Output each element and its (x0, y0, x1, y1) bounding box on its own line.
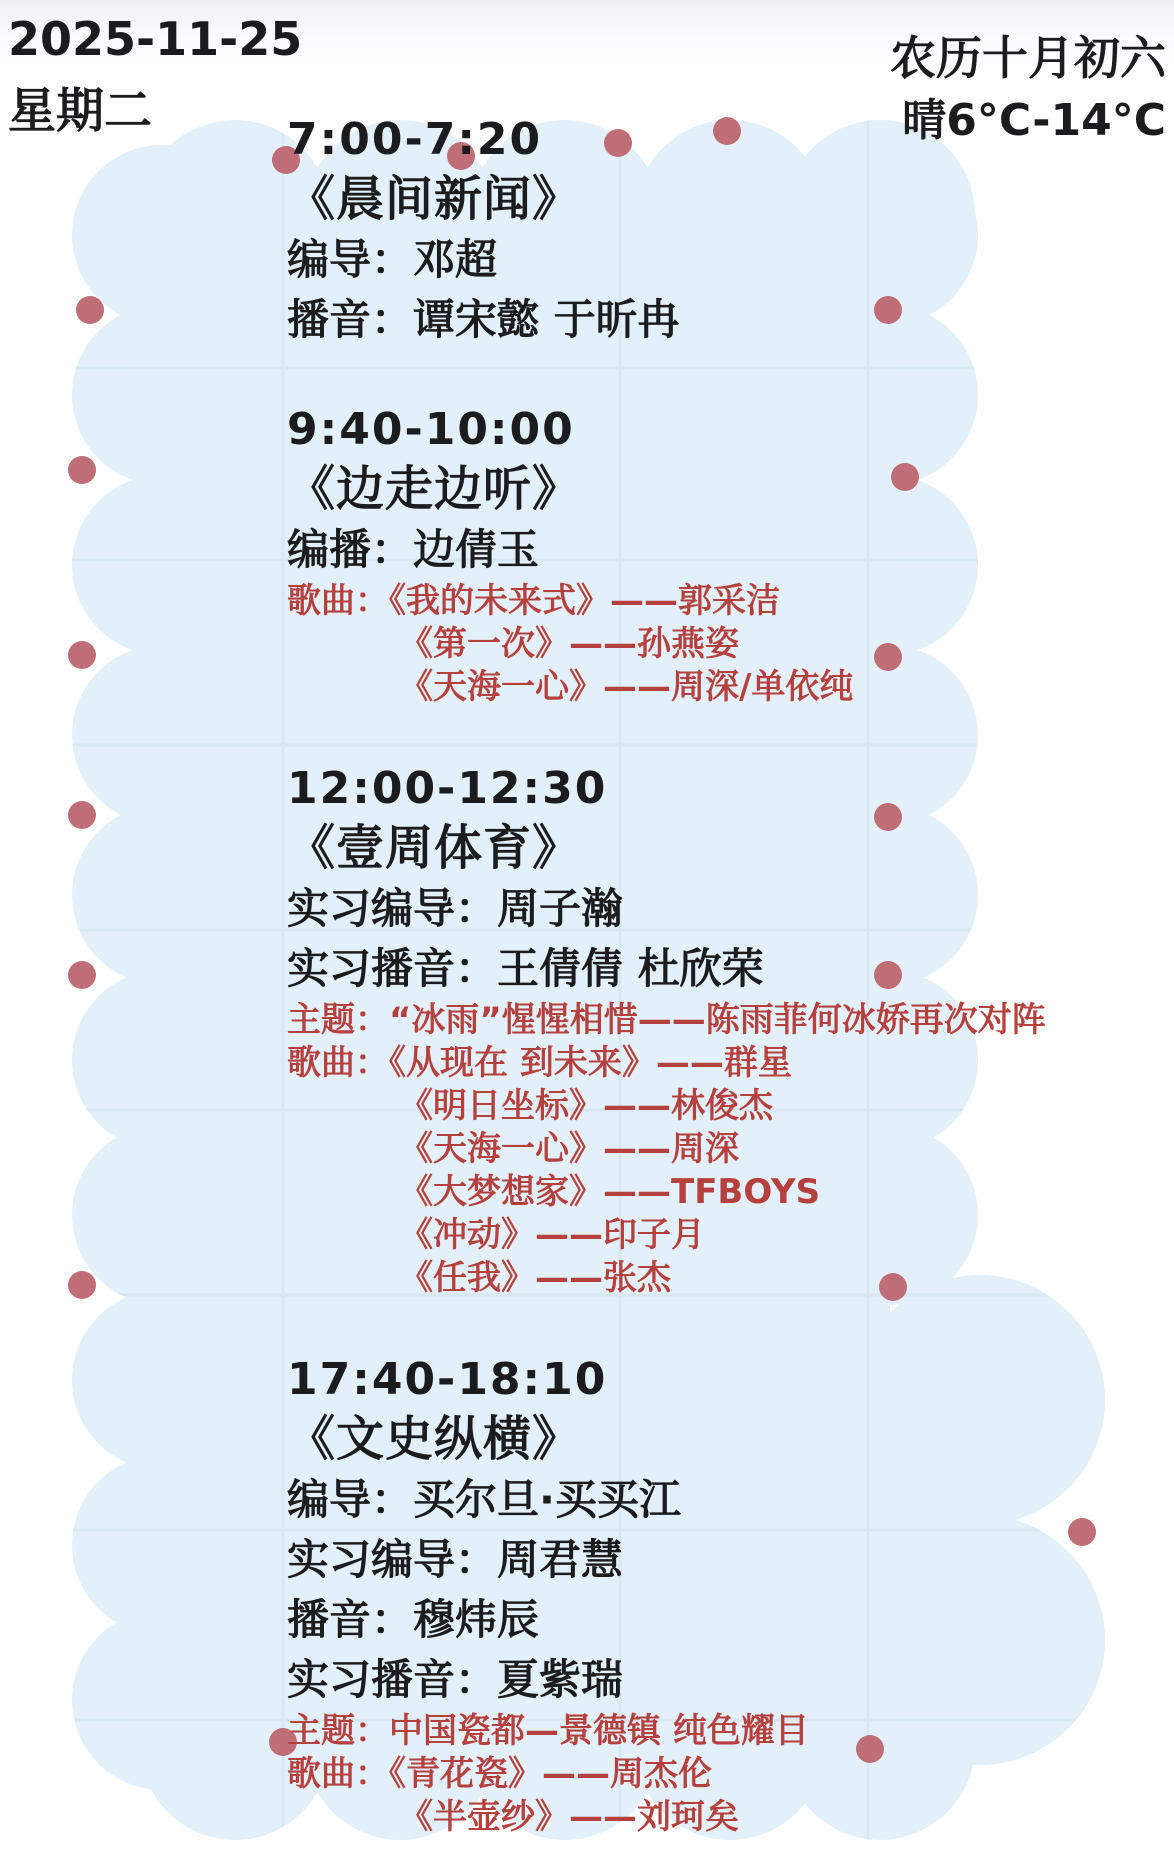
program-crew: 实习播音：夏紫瑞 (287, 1650, 1157, 1710)
schedule-page: 2025-11-25 星期二 农历十月初六 晴6°C-14°C 7:00-7:2… (0, 0, 1174, 1871)
program-note: 主题：中国瓷都—景德镇 纯色耀目 (287, 1710, 1157, 1753)
program-list: 7:00-7:20 《晨间新闻》 编导：邓超播音：谭宋懿 于昕冉 9:40-10… (287, 112, 1157, 1839)
cloud-dot (68, 1271, 96, 1299)
program-note: 《半壶纱》——刘珂矣 (287, 1796, 1157, 1839)
program-note: 《天海一心》——周深 (287, 1128, 1157, 1171)
program-block: 9:40-10:00 《边走边听》 编播：边倩玉歌曲：《我的未来式》——郭采洁《… (287, 402, 1157, 709)
program-time: 7:00-7:20 (287, 112, 1157, 168)
program-crew: 播音：穆炜辰 (287, 1590, 1157, 1650)
program-title: 《文史纵横》 (287, 1408, 1157, 1470)
program-note: 《冲动》——印子月 (287, 1214, 1157, 1257)
program-title: 《壹周体育》 (287, 817, 1157, 879)
cloud-dot (68, 801, 96, 829)
program-note: 《明日坐标》——林俊杰 (287, 1085, 1157, 1128)
lunar-date: 农历十月初六 (890, 22, 1166, 88)
program-note: 歌曲：《青花瓷》——周杰伦 (287, 1753, 1157, 1796)
cloud-dot (76, 296, 104, 324)
program-title: 《晨间新闻》 (287, 168, 1157, 230)
program-time: 17:40-18:10 (287, 1352, 1157, 1408)
program-title: 《边走边听》 (287, 458, 1157, 520)
cloud-dot (68, 641, 96, 669)
cloud-dot (68, 961, 96, 989)
program-block: 7:00-7:20 《晨间新闻》 编导：邓超播音：谭宋懿 于昕冉 (287, 112, 1157, 350)
program-time: 12:00-12:30 (287, 761, 1157, 817)
page-date: 2025-11-25 (8, 12, 302, 66)
program-note: 《天海一心》——周深/单依纯 (287, 666, 1157, 709)
program-crew: 播音：谭宋懿 于昕冉 (287, 290, 1157, 350)
page-weekday: 星期二 (8, 72, 152, 141)
program-note: 《第一次》——孙燕姿 (287, 623, 1157, 666)
program-crew: 实习编导：周君慧 (287, 1530, 1157, 1590)
program-crew: 实习编导：周子瀚 (287, 879, 1157, 939)
program-crew: 编导：买尔旦·买买江 (287, 1470, 1157, 1530)
program-time: 9:40-10:00 (287, 402, 1157, 458)
program-note: 主题：“冰雨”惺惺相惜——陈雨菲何冰娇再次对阵 (287, 999, 1157, 1042)
program-crew: 编导：邓超 (287, 230, 1157, 290)
program-block: 12:00-12:30 《壹周体育》 实习编导：周子瀚实习播音：王倩倩 杜欣荣主… (287, 761, 1157, 1300)
cloud-dot (68, 456, 96, 484)
program-crew: 实习播音：王倩倩 杜欣荣 (287, 939, 1157, 999)
program-note: 歌曲：《我的未来式》——郭采洁 (287, 580, 1157, 623)
program-block: 17:40-18:10 《文史纵横》 编导：买尔旦·买买江实习编导：周君慧播音：… (287, 1352, 1157, 1839)
program-note: 《大梦想家》——TFBOYS (287, 1171, 1157, 1214)
program-crew: 编播：边倩玉 (287, 520, 1157, 580)
program-note: 《任我》——张杰 (287, 1257, 1157, 1300)
program-note: 歌曲：《从现在 到未来》——群星 (287, 1042, 1157, 1085)
